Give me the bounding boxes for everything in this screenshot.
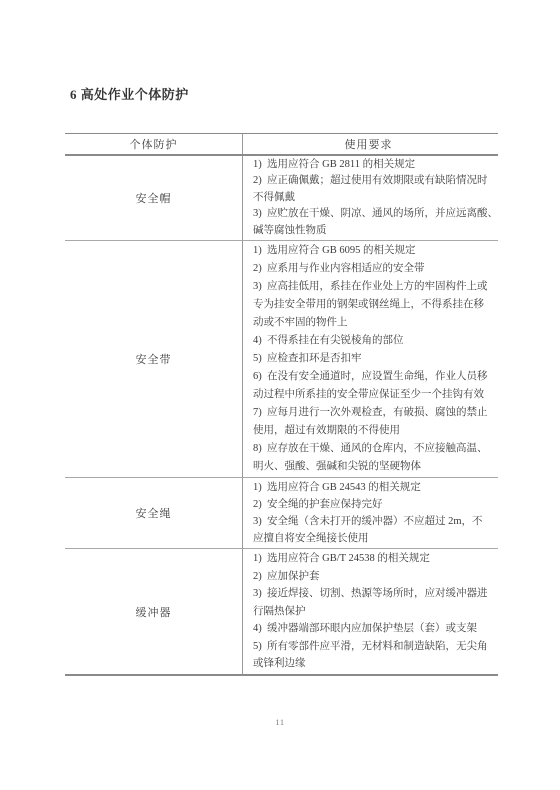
document-page: 6 高处作业个体防护 个体防护 使用要求 安全帽 1) 选用应符合 GB 281…: [0, 0, 560, 790]
page-number: 11: [0, 717, 560, 727]
row-label-safety-helmet: 安全帽: [65, 156, 243, 240]
row-label-shock-absorber: 缓冲器: [65, 549, 243, 674]
col-header-requirements: 使用要求: [243, 134, 498, 154]
row-label-safety-belt: 安全带: [65, 241, 243, 477]
requirements-text: 1) 选用应符合 GB 6095 的相关规定 2) 应系用与作业内容相适应的安全…: [253, 242, 488, 476]
table-header-row: 个体防护 使用要求: [65, 134, 498, 156]
row-safety-belt: 安全带 1) 选用应符合 GB 6095 的相关规定 2) 应系用与作业内容相适…: [65, 241, 498, 478]
ppe-requirements-table: 个体防护 使用要求 安全帽 1) 选用应符合 GB 2811 的相关规定 2) …: [65, 133, 498, 676]
requirements-text: 1) 选用应符合 GB 24543 的相关规定 2) 安全绳的护套应保持完好 3…: [253, 479, 483, 547]
row-requirements-shock-absorber: 1) 选用应符合 GB/T 24538 的相关规定 2) 应加保护套 3) 接近…: [243, 549, 498, 674]
row-shock-absorber: 缓冲器 1) 选用应符合 GB/T 24538 的相关规定 2) 应加保护套 3…: [65, 549, 498, 674]
row-label-safety-rope: 安全绳: [65, 478, 243, 548]
row-requirements-safety-belt: 1) 选用应符合 GB 6095 的相关规定 2) 应系用与作业内容相适应的安全…: [243, 241, 498, 477]
requirements-text: 1) 选用应符合 GB/T 24538 的相关规定 2) 应加保护套 3) 接近…: [253, 550, 488, 673]
row-safety-rope: 安全绳 1) 选用应符合 GB 24543 的相关规定 2) 安全绳的护套应保持…: [65, 478, 498, 549]
col-header-protection: 个体防护: [65, 134, 243, 154]
row-requirements-safety-rope: 1) 选用应符合 GB 24543 的相关规定 2) 安全绳的护套应保持完好 3…: [243, 478, 498, 548]
requirements-text: 1) 选用应符合 GB 2811 的相关规定 2) 应正确佩戴；超过使用有效期限…: [253, 157, 498, 240]
row-safety-helmet: 安全帽 1) 选用应符合 GB 2811 的相关规定 2) 应正确佩戴；超过使用…: [65, 156, 498, 241]
row-requirements-safety-helmet: 1) 选用应符合 GB 2811 的相关规定 2) 应正确佩戴；超过使用有效期限…: [243, 156, 498, 240]
section-heading: 6 高处作业个体防护: [70, 84, 189, 103]
